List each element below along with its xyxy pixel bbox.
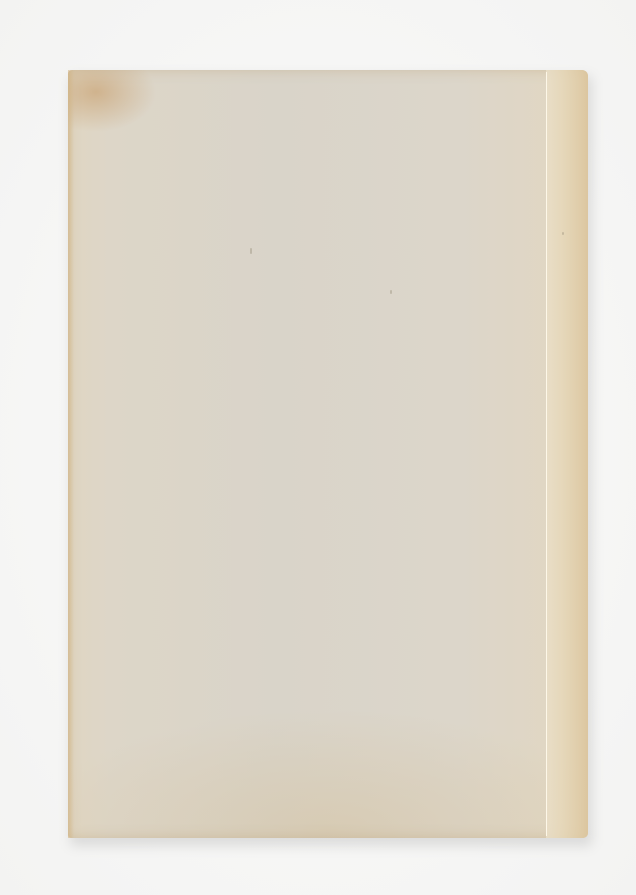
cover-left-edge — [68, 70, 74, 838]
paper-speck — [250, 248, 252, 254]
paper-speck — [562, 232, 564, 235]
spine-strip — [546, 70, 588, 838]
paper-speck — [390, 290, 392, 294]
book-back-cover — [68, 70, 588, 838]
spine-fold-line — [546, 72, 547, 836]
